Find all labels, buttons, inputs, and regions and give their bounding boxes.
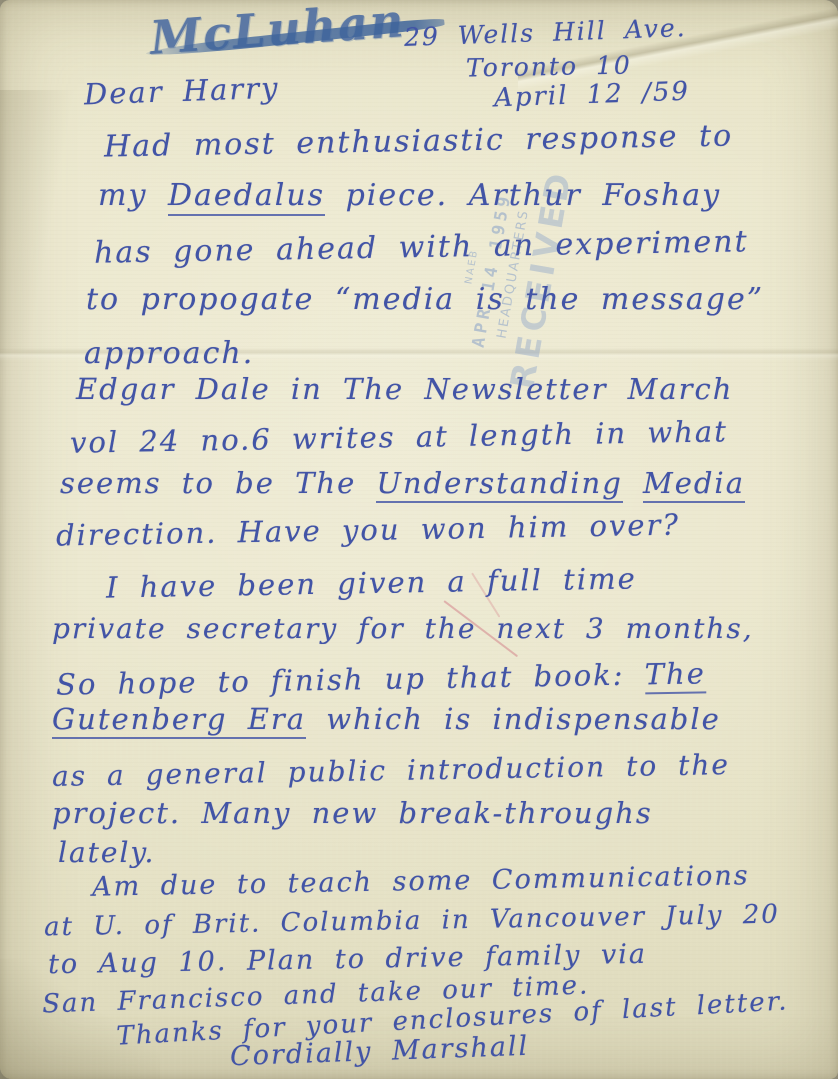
handwritten-line: project. Many new break-throughs bbox=[52, 796, 653, 830]
phrase: private secretary for the next 3 months, bbox=[52, 612, 754, 645]
phrase: at U. of Brit. Columbia in Vancouver Jul… bbox=[44, 900, 780, 943]
handwritten-line: seems to be The Understanding Media bbox=[60, 466, 745, 500]
underlined-phrase: Gutenberg Era bbox=[52, 702, 306, 739]
handwritten-line: has gone ahead with an experiment bbox=[94, 224, 749, 270]
handwritten-line: approach. bbox=[84, 336, 254, 371]
handwritten-line: So hope to finish up that book: The bbox=[56, 656, 706, 701]
handwritten-line: to propogate “media is the message” bbox=[86, 282, 764, 317]
phrase: project. Many new break-throughs bbox=[52, 796, 653, 830]
phrase: I have been given a full time bbox=[106, 561, 637, 604]
sender-address-line1: 29 Wells Hill Ave. bbox=[404, 13, 687, 52]
handwritten-line: Gutenberg Era which is indispensable bbox=[52, 702, 721, 736]
handwritten-line: at U. of Brit. Columbia in Vancouver Jul… bbox=[44, 900, 780, 943]
handwritten-line: Had most enthusiastic response to bbox=[104, 119, 734, 165]
underlined-phrase: The bbox=[644, 656, 706, 694]
underlined-phrase: Daedalus bbox=[168, 178, 325, 216]
handwritten-line: I have been given a full time bbox=[106, 561, 637, 604]
handwritten-line: Am due to teach some Communications bbox=[92, 860, 750, 902]
phrase: has gone ahead with an experiment bbox=[94, 224, 749, 270]
phrase: direction. Have you won him over? bbox=[56, 508, 680, 553]
phrase: lately. bbox=[58, 836, 155, 869]
handwritten-line: as a general public introduction to the bbox=[52, 748, 730, 793]
phrase bbox=[623, 466, 643, 500]
phrase: to propogate “media is the message” bbox=[86, 282, 764, 317]
phrase: my bbox=[98, 178, 168, 213]
handwritten-line: direction. Have you won him over? bbox=[56, 508, 680, 553]
phrase: So hope to finish up that book: bbox=[56, 657, 645, 701]
handwritten-line: vol 24 no.6 writes at length in what bbox=[70, 414, 728, 459]
phrase: Had most enthusiastic response to bbox=[104, 119, 734, 165]
underlined-phrase: Understanding bbox=[376, 466, 622, 503]
handwritten-line: lately. bbox=[58, 836, 155, 869]
phrase: Edgar Dale in The Newsletter March bbox=[76, 372, 733, 406]
handwritten-line: private secretary for the next 3 months, bbox=[52, 612, 754, 645]
phrase: as a general public introduction to the bbox=[52, 748, 730, 793]
phrase: approach. bbox=[84, 336, 254, 371]
phrase: which is indispensable bbox=[306, 702, 721, 736]
phrase: Am due to teach some Communications bbox=[92, 860, 750, 902]
salutation: Dear Harry bbox=[83, 71, 280, 112]
phrase: piece. Arthur Foshay bbox=[325, 178, 721, 213]
phrase: vol 24 no.6 writes at length in what bbox=[70, 414, 728, 459]
phrase: seems to be The bbox=[60, 466, 376, 500]
scanned-letter-page: McLuhan 29 Wells Hill Ave. Toronto 10 Ap… bbox=[0, 0, 838, 1079]
handwritten-line: Edgar Dale in The Newsletter March bbox=[76, 372, 733, 406]
underlined-phrase: Media bbox=[643, 466, 745, 503]
letter-date: April 12 /59 bbox=[494, 77, 691, 114]
sender-address-line2: Toronto 10 bbox=[466, 51, 632, 83]
handwritten-line: my Daedalus piece. Arthur Foshay bbox=[98, 178, 721, 213]
